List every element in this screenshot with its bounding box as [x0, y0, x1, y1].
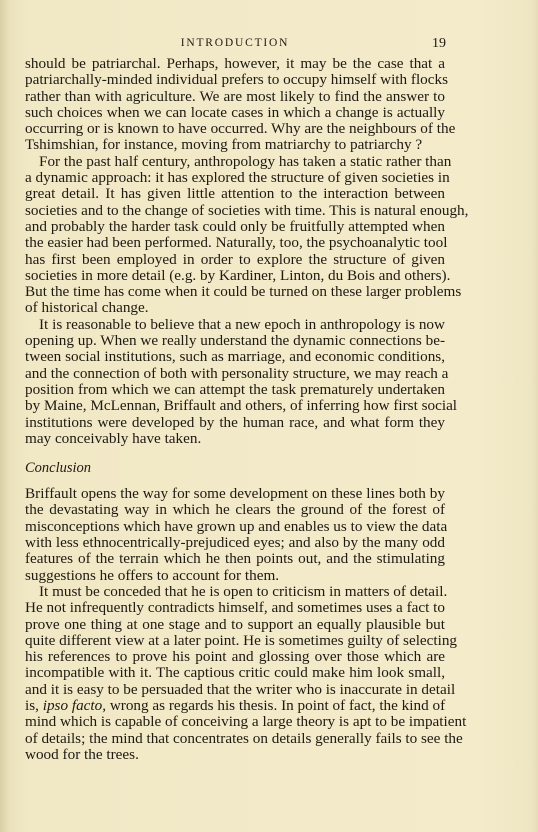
text-line: of details; the mind that concentrates o…: [25, 731, 445, 747]
text-line: and the connection of both with personal…: [25, 366, 445, 382]
page-number: 19: [432, 36, 446, 52]
text-line: mind which is capable of conceiving a la…: [25, 714, 445, 730]
text-line: prove one thing at one stage and to supp…: [25, 617, 445, 633]
text-line: It must be conceded that he is open to c…: [25, 584, 445, 600]
text-line: such choices when we can locate cases in…: [25, 105, 445, 121]
text-line: by Maine, McLennan, Briffault and others…: [25, 398, 445, 414]
text-line: and probably the harder task could only …: [25, 219, 445, 235]
text-line: institutions were developed by the human…: [25, 415, 445, 431]
text-line: great detail. It has given little attent…: [25, 186, 445, 202]
body-text: should be patriarchal. Perhaps, however,…: [25, 56, 445, 763]
text-line: may conceivably have taken.: [25, 431, 445, 447]
paragraph-2: For the past half century, anthropology …: [25, 154, 445, 317]
text-line: misconceptions which have grown up and e…: [25, 519, 445, 535]
text-line: a dynamic approach: it has explored the …: [25, 170, 445, 186]
text-line: incompatible with it. The captious criti…: [25, 665, 445, 681]
paragraph-3: It is reasonable to believe that a new e…: [25, 317, 445, 447]
text-line: Tshimshian, for instance, moving from ma…: [25, 137, 445, 153]
text-line: his references to prove his point and gl…: [25, 649, 445, 665]
text-line: the easier had been performed. Naturally…: [25, 235, 445, 251]
text-line: occurring or is known to have occurred. …: [25, 121, 445, 137]
text-line: suggestions he offers to account for the…: [25, 568, 445, 584]
text-line: But the time has come when it could be t…: [25, 284, 445, 300]
text-line: features of the terrain which he then po…: [25, 551, 445, 567]
text-line: It is reasonable to believe that a new e…: [25, 317, 445, 333]
text-line: the devastating way in which he clears t…: [25, 502, 445, 518]
text-line: rather than with agriculture. We are mos…: [25, 89, 445, 105]
text-line: has first been employed in order to expl…: [25, 252, 445, 268]
conclusion-paragraph-2: It must be conceded that he is open to c…: [25, 584, 445, 763]
running-title: INTRODUCTION: [25, 37, 445, 49]
text-line: tween social institutions, such as marri…: [25, 349, 445, 365]
text-line: position from which we can attempt the t…: [25, 382, 445, 398]
text-line: and it is easy to be persuaded that the …: [25, 682, 445, 698]
text-line: For the past half century, anthropology …: [25, 154, 445, 170]
text-line: of historical change.: [25, 300, 445, 316]
paragraph-1: should be patriarchal. Perhaps, however,…: [25, 56, 445, 154]
section-heading: Conclusion: [25, 460, 445, 476]
text-span: , wrong as regards his thesis. In point …: [102, 697, 445, 714]
text-span: is,: [25, 697, 43, 714]
text-line: wood for the trees.: [25, 747, 445, 763]
text-line: should be patriarchal. Perhaps, however,…: [25, 56, 445, 72]
running-header: INTRODUCTION 19: [25, 36, 445, 56]
text-line: He not infrequently contradicts himself,…: [25, 600, 445, 616]
conclusion-paragraph-1: Briffault opens the way for some develop…: [25, 486, 445, 584]
text-line-with-italic: is, ipso facto, wrong as regards his the…: [25, 698, 445, 714]
text-line: quite different view at a later point. H…: [25, 633, 445, 649]
text-line: societies and to the change of societies…: [25, 203, 445, 219]
italic-phrase: ipso facto: [43, 697, 102, 714]
text-line: with less ethnocentrically-prejudiced ey…: [25, 535, 445, 551]
text-line: societies in more detail (e.g. by Kardin…: [25, 268, 445, 284]
book-page: INTRODUCTION 19 should be patriarchal. P…: [25, 36, 445, 763]
text-line: Briffault opens the way for some develop…: [25, 486, 445, 502]
text-line: patriarchally-minded individual prefers …: [25, 72, 445, 88]
text-line: opening up. When we really understand th…: [25, 333, 445, 349]
